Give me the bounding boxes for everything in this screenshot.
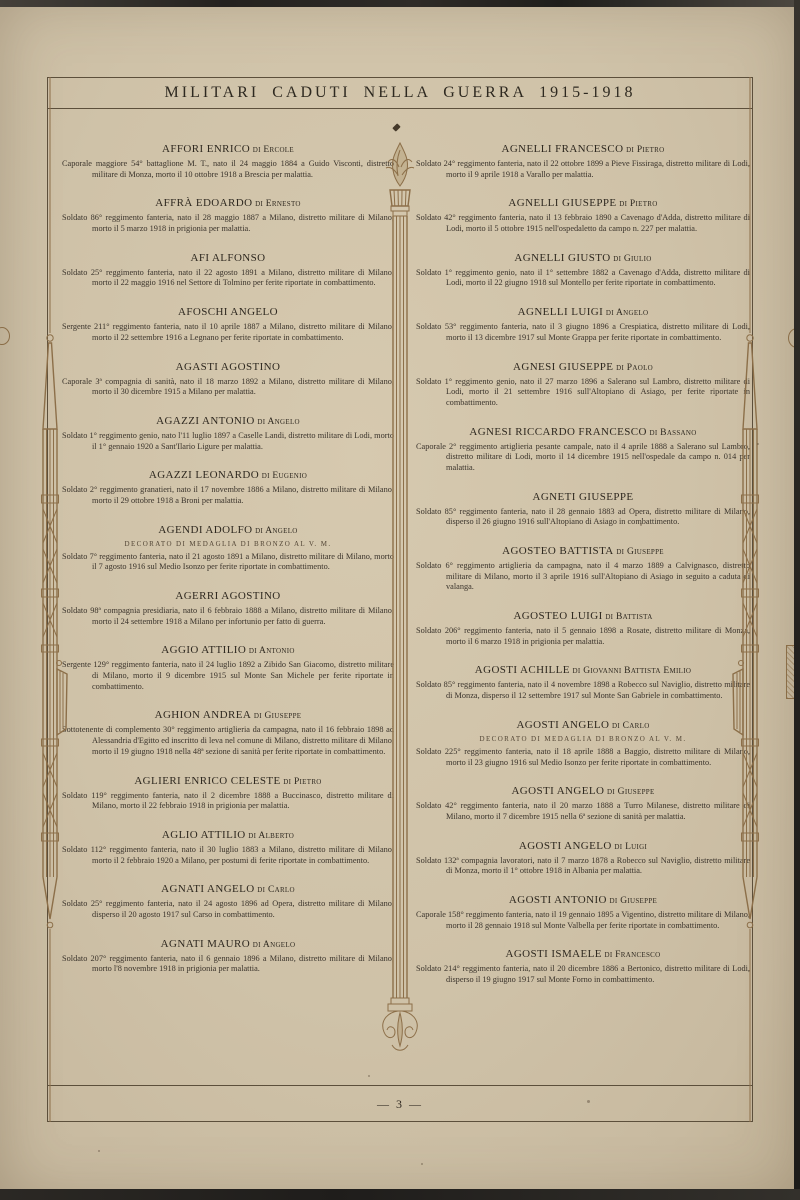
soldier-name-heading: AGNELLI FRANCESCO di Pietro [416, 143, 750, 155]
soldier-father-name: di Carlo [255, 885, 295, 895]
soldier-name: AGOSTI ANGELO [511, 785, 604, 797]
soldier-father-name: di Pietro [617, 199, 658, 209]
soldier-name: AGOSTI ISMAELE [505, 948, 601, 960]
scanned-register-page: MILITARI CADUTI NELLA GUERRA 1915-1918 A… [0, 0, 800, 1200]
soldier-father-name: di Giuseppe [251, 711, 301, 721]
soldier-entry: AFFORI ENRICO di Ercole Caporale maggior… [62, 143, 394, 180]
soldier-record-text: Soldato 24° reggimento fanteria, nato il… [416, 159, 750, 180]
soldier-father-name: di Angelo [255, 417, 300, 427]
soldier-father-name: di Paolo [613, 363, 653, 373]
soldier-father-name: di Pietro [623, 145, 664, 155]
soldier-entry: AGOSTEO LUIGI di Battista Soldato 206° r… [416, 610, 750, 647]
soldier-entry: AGOSTI ANGELO di Giuseppe Soldato 42° re… [416, 785, 750, 822]
soldier-record-text: Soldato 25° reggimento fanteria, nato il… [62, 268, 394, 289]
soldier-record-text: Caporale 3ª compagnia di sanità, nato il… [62, 377, 394, 398]
soldier-name: AGENDI ADOLFO [158, 524, 252, 536]
soldier-name-heading: AGNATI ANGELO di Carlo [62, 883, 394, 895]
soldier-record-text: Soldato 86° reggimento fanteria, nato il… [62, 213, 394, 234]
soldier-name-heading: AGNESI RICCARDO FRANCESCO di Bassano [416, 426, 750, 438]
soldier-name: AGNATI ANGELO [161, 883, 255, 895]
soldier-name-heading: AGNESI GIUSEPPE di Paolo [416, 361, 750, 373]
soldier-record-text: Soldato 207° reggimento fanteria, nato i… [62, 954, 394, 975]
soldier-name: AGNELLI GIUSEPPE [508, 197, 616, 209]
footer-band: — 3 — [48, 1085, 752, 1122]
soldier-name: AGNESI GIUSEPPE [513, 361, 613, 373]
soldier-entry: AGHION ANDREA di Giuseppe Sottotenente d… [62, 709, 394, 757]
soldier-name-heading: AGLIO ATTILIO di Alberto [62, 829, 394, 841]
soldier-entry: AGOSTI ACHILLE di Giovanni Battista Emil… [416, 664, 750, 701]
soldier-entry: AGASTI AGOSTINO Caporale 3ª compagnia di… [62, 361, 394, 398]
soldier-name-heading: AGNELLI GIUSTO di Giulio [416, 252, 750, 264]
soldier-name: AGLIERI ENRICO CELESTE [134, 775, 280, 787]
soldier-entry: AFI ALFONSO Soldato 25° reggimento fante… [62, 252, 394, 289]
soldier-name-heading: AFFRÀ EDOARDO di Ernesto [62, 197, 394, 209]
edge-relic-left-icon [0, 327, 10, 345]
soldier-name-heading: AGNATI MAURO di Angelo [62, 938, 394, 950]
paper-speck [421, 1163, 423, 1165]
soldier-record-text: Sergente 129° reggimento fanteria, nato … [62, 660, 394, 692]
soldier-record-text: Caporale 158° reggimento fanteria, nato … [416, 910, 750, 931]
soldier-father-name: di Ernesto [252, 199, 300, 209]
soldier-entry: AGLIERI ENRICO CELESTE di Pietro Soldato… [62, 775, 394, 812]
soldier-entry: AGOSTI ANGELO di Luigi Soldato 132ª comp… [416, 840, 750, 877]
soldier-entry: AFFRÀ EDOARDO di Ernesto Soldato 86° reg… [62, 197, 394, 234]
soldier-entry: AGNELLI FRANCESCO di Pietro Soldato 24° … [416, 143, 750, 180]
fasces-right-icon [732, 77, 768, 1122]
soldier-entry: AGOSTI ANGELO di Carlo DECORATO DI MEDAG… [416, 719, 750, 768]
soldier-record-text: Soldato 53° reggimento fanteria, nato il… [416, 322, 750, 343]
soldier-name: AGOSTI ACHILLE [475, 664, 570, 676]
soldier-name-heading: AFI ALFONSO [62, 252, 394, 264]
title-band: MILITARI CADUTI NELLA GUERRA 1915-1918 [48, 78, 752, 109]
soldier-father-name: di Giulio [611, 254, 652, 264]
soldier-record-text: Caporale maggiore 54° battaglione M. T.,… [62, 159, 394, 180]
soldier-father-name: di Giuseppe [607, 896, 657, 906]
paper-speck [98, 1150, 100, 1152]
soldier-record-text: Soldato 85° reggimento fanteria, nato il… [416, 507, 750, 528]
soldier-record-text: Soldato 98ª compagnia presidiaria, nato … [62, 606, 394, 627]
paper-speck [757, 443, 759, 445]
decoration-line: DECORATO DI MEDAGLIA DI BRONZO AL V. M. [416, 735, 750, 743]
soldier-father-name: di Alberto [246, 831, 294, 841]
soldier-name-heading: AGOSTI ANGELO di Giuseppe [416, 785, 750, 797]
soldier-record-text: Soldato 1° reggimento genio, nato il 27 … [416, 377, 750, 409]
soldier-father-name: di Giuseppe [604, 787, 654, 797]
soldier-record-text: Caporale 2° reggimento artiglieria pesan… [416, 442, 750, 474]
soldier-record-text: Soldato 85° reggimento fanteria, nato il… [416, 680, 750, 701]
soldier-name-heading: AGLIERI ENRICO CELESTE di Pietro [62, 775, 394, 787]
soldier-name-heading: AGNELLI GIUSEPPE di Pietro [416, 197, 750, 209]
soldier-record-text: Soldato 119° reggimento fanteria, nato i… [62, 791, 394, 812]
soldier-name-heading: AGOSTI ACHILLE di Giovanni Battista Emil… [416, 664, 750, 676]
soldier-name-heading: AGOSTI ISMAELE di Francesco [416, 948, 750, 960]
soldier-name: AGGIO ATTILIO [161, 644, 246, 656]
soldier-record-text: Soldato 1° reggimento genio, nato il 1° … [416, 268, 750, 289]
soldier-name: AGOSTI ANTONIO [509, 894, 607, 906]
soldier-entry: AGNELLI GIUSTO di Giulio Soldato 1° regg… [416, 252, 750, 289]
soldier-father-name: di Carlo [609, 721, 649, 731]
soldier-name: AFOSCHI ANGELO [178, 306, 278, 318]
soldier-name-heading: AGOSTEO BATTISTA di Giuseppe [416, 545, 750, 557]
soldier-entry: AGNATI ANGELO di Carlo Soldato 25° reggi… [62, 883, 394, 920]
soldier-entry: AFOSCHI ANGELO Sergente 211° reggimento … [62, 306, 394, 343]
soldier-name: AGAZZI ANTONIO [156, 415, 255, 427]
soldier-father-name: di Battista [603, 612, 653, 622]
soldier-entry: AGAZZI ANTONIO di Angelo Soldato 1° regg… [62, 415, 394, 452]
soldier-entry: AGLIO ATTILIO di Alberto Soldato 112° re… [62, 829, 394, 866]
soldier-name-heading: AGNETI GIUSEPPE [416, 491, 750, 503]
soldier-name: AFFORI ENRICO [162, 143, 250, 155]
soldier-entry: AGAZZI LEONARDO di Eugenio Soldato 2° re… [62, 469, 394, 506]
soldier-name: AGLIO ATTILIO [162, 829, 246, 841]
soldier-name-heading: AGOSTI ANGELO di Carlo [416, 719, 750, 731]
soldier-name-heading: AGERRI AGOSTINO [62, 590, 394, 602]
soldier-record-text: Soldato 225° reggimento fanteria, nato i… [416, 747, 750, 768]
scan-edge-bottom [0, 1189, 800, 1200]
soldier-entry: AGNETI GIUSEPPE Soldato 85° reggimento f… [416, 491, 750, 528]
soldier-name-heading: AGOSTI ANTONIO di Giuseppe [416, 894, 750, 906]
soldier-name: AGOSTEO BATTISTA [502, 545, 614, 557]
soldier-entry: AGENDI ADOLFO di Angelo DECORATO DI MEDA… [62, 524, 394, 573]
soldier-name: AGHION ANDREA [155, 709, 252, 721]
soldier-record-text: Soldato 25° reggimento fanteria, nato il… [62, 899, 394, 920]
soldier-record-text: Soldato 214° reggimento fanteria, nato i… [416, 964, 750, 985]
soldier-name: AGERRI AGOSTINO [175, 590, 280, 602]
torch-column-icon [378, 140, 422, 1068]
soldier-record-text: Soldato 1° reggimento genio, nato l'11 l… [62, 431, 394, 452]
soldier-record-text: Sergente 211° reggimento fanteria, nato … [62, 322, 394, 343]
soldier-father-name: di Giovanni Battista Emilio [570, 666, 691, 676]
entries-column-right: AGNELLI FRANCESCO di Pietro Soldato 24° … [416, 109, 750, 1003]
soldier-record-text: Soldato 7° reggimento fanteria, nato il … [62, 552, 394, 573]
soldier-name-heading: AGOSTI ANGELO di Luigi [416, 840, 750, 852]
soldier-name: AGAZZI LEONARDO [149, 469, 259, 481]
soldier-name: AGNESI RICCARDO FRANCESCO [469, 426, 646, 438]
soldier-entry: AGNESI GIUSEPPE di Paolo Soldato 1° regg… [416, 361, 750, 409]
soldier-name: AGNELLI GIUSTO [514, 252, 610, 264]
soldier-name-heading: AGHION ANDREA di Giuseppe [62, 709, 394, 721]
soldier-record-text: Soldato 132ª compagnia lavoratori, nato … [416, 856, 750, 877]
soldier-name: AGOSTI ANGELO [519, 840, 612, 852]
soldier-father-name: di Giuseppe [614, 547, 664, 557]
soldier-entry: AGOSTI ISMAELE di Francesco Soldato 214°… [416, 948, 750, 985]
soldier-name: AGNETI GIUSEPPE [532, 491, 633, 503]
soldier-name: AFFRÀ EDOARDO [155, 197, 252, 209]
soldier-father-name: di Angelo [603, 308, 648, 318]
scan-edge-top [0, 0, 800, 7]
soldier-name-heading: AGASTI AGOSTINO [62, 361, 394, 373]
soldier-father-name: di Eugenio [259, 471, 307, 481]
soldier-father-name: di Ercole [250, 145, 294, 155]
paper-speck [368, 1075, 370, 1077]
paper-speck [587, 1100, 590, 1103]
soldier-record-text: Soldato 42° reggimento fanteria, nato il… [416, 801, 750, 822]
soldier-father-name: di Pietro [281, 777, 322, 787]
soldier-name-heading: AGOSTEO LUIGI di Battista [416, 610, 750, 622]
soldier-father-name: di Bassano [647, 428, 697, 438]
soldier-record-text: Soldato 42° reggimento fanteria, nato il… [416, 213, 750, 234]
soldier-father-name: di Antonio [246, 646, 294, 656]
soldier-father-name: di Francesco [602, 950, 661, 960]
soldier-entry: AGNATI MAURO di Angelo Soldato 207° regg… [62, 938, 394, 975]
soldier-name: AGOSTI ANGELO [516, 719, 609, 731]
soldier-entry: AGNESI RICCARDO FRANCESCO di Bassano Cap… [416, 426, 750, 474]
soldier-name: AGNELLI LUIGI [518, 306, 604, 318]
soldier-name: AGNATI MAURO [161, 938, 250, 950]
scan-edge-right [794, 0, 800, 1200]
paper-speck [640, 523, 642, 526]
page-number: — 3 — [377, 1097, 423, 1112]
soldier-name: AGNELLI FRANCESCO [501, 143, 623, 155]
soldier-record-text: Sottotenente di complemento 30° reggimen… [62, 725, 394, 757]
soldier-name-heading: AGAZZI ANTONIO di Angelo [62, 415, 394, 427]
soldier-record-text: Soldato 6° reggimento artiglieria da cam… [416, 561, 750, 593]
soldier-record-text: Soldato 112° reggimento fanteria, nato i… [62, 845, 394, 866]
decoration-line: DECORATO DI MEDAGLIA DI BRONZO AL V. M. [62, 540, 394, 548]
soldier-name: AGOSTEO LUIGI [513, 610, 602, 622]
soldier-entry: AGERRI AGOSTINO Soldato 98ª compagnia pr… [62, 590, 394, 627]
fasces-left-icon [32, 77, 68, 1122]
soldier-entry: AGOSTEO BATTISTA di Giuseppe Soldato 6° … [416, 545, 750, 593]
soldier-father-name: di Angelo [250, 940, 295, 950]
soldier-entry: AGNELLI GIUSEPPE di Pietro Soldato 42° r… [416, 197, 750, 234]
soldier-name: AGASTI AGOSTINO [176, 361, 281, 373]
soldier-father-name: di Angelo [252, 526, 297, 536]
soldier-name-heading: AGAZZI LEONARDO di Eugenio [62, 469, 394, 481]
soldier-record-text: Soldato 2° reggimento granatieri, nato i… [62, 485, 394, 506]
page-title: MILITARI CADUTI NELLA GUERRA 1915-1918 [165, 84, 636, 102]
soldier-record-text: Soldato 206° reggimento fanteria, nato i… [416, 626, 750, 647]
soldier-father-name: di Luigi [612, 842, 647, 852]
entries-column-left: AFFORI ENRICO di Ercole Caporale maggior… [62, 109, 394, 992]
soldier-entry: AGGIO ATTILIO di Antonio Sergente 129° r… [62, 644, 394, 692]
soldier-name-heading: AFOSCHI ANGELO [62, 306, 394, 318]
soldier-entry: AGNELLI LUIGI di Angelo Soldato 53° regg… [416, 306, 750, 343]
soldier-entry: AGOSTI ANTONIO di Giuseppe Caporale 158°… [416, 894, 750, 931]
soldier-name-heading: AGGIO ATTILIO di Antonio [62, 644, 394, 656]
soldier-name-heading: AGENDI ADOLFO di Angelo [62, 524, 394, 536]
soldier-name-heading: AFFORI ENRICO di Ercole [62, 143, 394, 155]
soldier-name: AFI ALFONSO [191, 252, 266, 264]
soldier-name-heading: AGNELLI LUIGI di Angelo [416, 306, 750, 318]
